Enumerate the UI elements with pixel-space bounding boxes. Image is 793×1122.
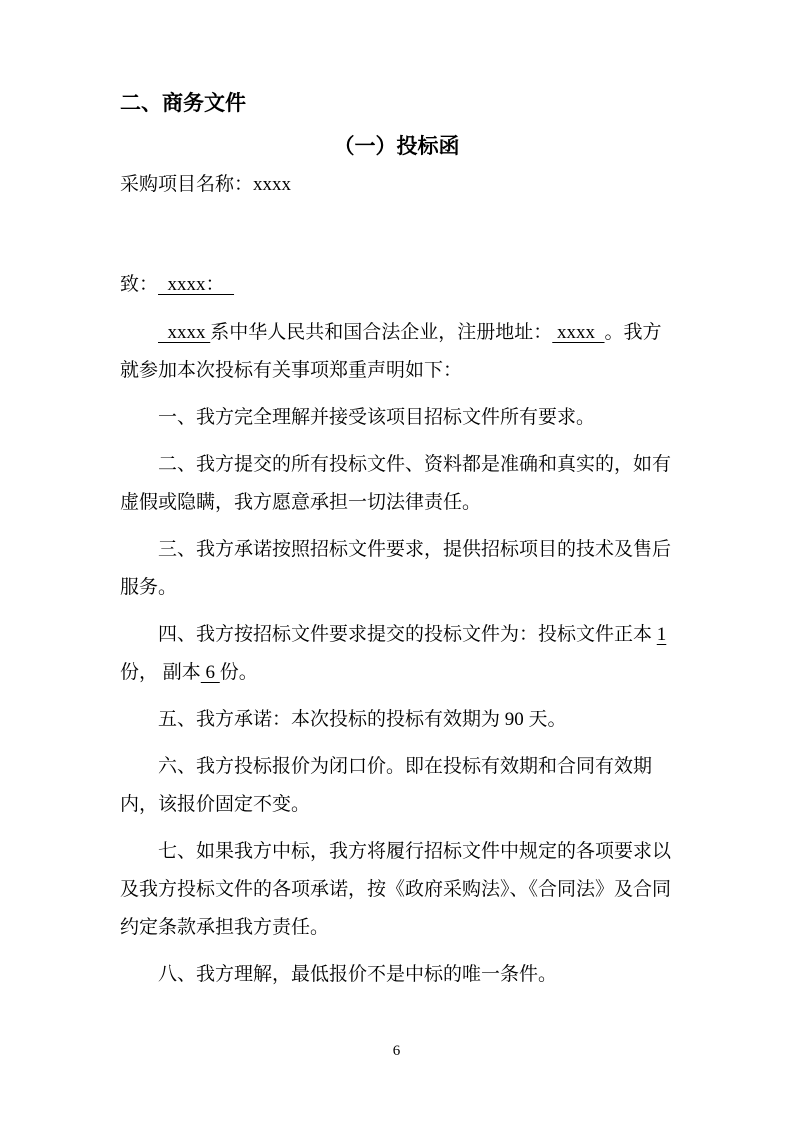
clause-4: 四、我方按招标文件要求提交的投标文件为：投标文件正本 1 份， 副本 6 份。 bbox=[120, 616, 673, 692]
clause-6: 六、我方投标报价为闭口价。即在投标有效期和合同有效期内，该报价固定不变。 bbox=[120, 748, 673, 824]
page-number: 6 bbox=[0, 1042, 793, 1060]
document-title: （一）投标函 bbox=[120, 132, 673, 162]
clause-4-text-1: 四、我方按招标文件要求提交的投标文件为：投标文件正本 bbox=[158, 624, 657, 645]
clause-2: 二、我方提交的所有投标文件、资料都是准确和真实的，如有虚假或隐瞒，我方愿意承担一… bbox=[120, 446, 673, 522]
copy-count-blank: 6 bbox=[201, 662, 220, 683]
intro-paragraph: xxxx 系中华人民共和国合法企业，注册地址： xxxx 。我方就参加本次投标有… bbox=[120, 314, 673, 390]
clause-8: 八、我方理解，最低报价不是中标的唯一条件。 bbox=[120, 956, 673, 994]
clause-7: 七、如果我方中标，我方将履行招标文件中规定的各项要求以及我方投标文件的各项承诺，… bbox=[120, 833, 673, 947]
bidder-name-blank: xxxx bbox=[158, 322, 210, 343]
intro-text-1: 系中华人民共和国合法企业，注册地址： bbox=[210, 322, 552, 343]
clause-1: 一、我方完全理解并接受该项目招标文件所有要求。 bbox=[120, 399, 673, 437]
document-page: 二、商务文件 （一）投标函 采购项目名称：xxxx 致： xxxx： xxxx … bbox=[0, 0, 793, 1122]
project-name-line: 采购项目名称：xxxx bbox=[120, 166, 673, 204]
clause-3: 三、我方承诺按照招标文件要求，提供招标项目的技术及售后服务。 bbox=[120, 531, 673, 607]
document-content: 二、商务文件 （一）投标函 采购项目名称：xxxx 致： xxxx： xxxx … bbox=[120, 90, 673, 1003]
addressee-label: 致： bbox=[120, 274, 158, 295]
project-name-label: 采购项目名称： bbox=[120, 174, 253, 195]
original-count-blank: 1 bbox=[657, 624, 667, 645]
registered-address-blank: xxxx bbox=[552, 322, 604, 343]
clause-4-text-3: 份。 bbox=[220, 662, 258, 683]
clause-5: 五、我方承诺：本次投标的投标有效期为 90 天。 bbox=[120, 701, 673, 739]
section-heading: 二、商务文件 bbox=[120, 90, 673, 118]
addressee-blank: xxxx： bbox=[158, 274, 234, 295]
project-name-value: xxxx bbox=[253, 174, 291, 195]
addressee-line: 致： xxxx： bbox=[120, 266, 673, 304]
